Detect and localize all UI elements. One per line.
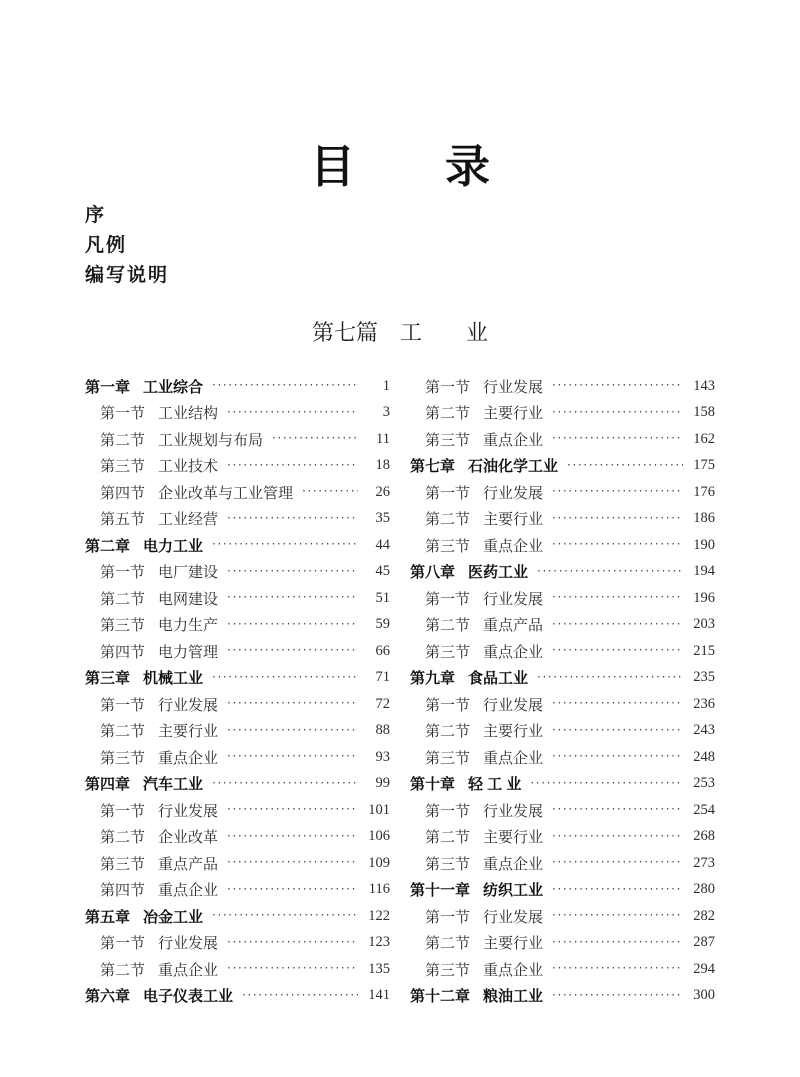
- toc-entry: 第三节 重点产品 ·······························…: [85, 850, 390, 877]
- toc-entry: 第二章 电力工业 ·······························…: [85, 532, 390, 559]
- toc-entry-title: 工业结构: [158, 402, 218, 423]
- toc-leader-dots: ········································…: [567, 458, 683, 472]
- toc-page-number: 122: [364, 908, 390, 925]
- toc-leader-dots: ········································…: [212, 378, 358, 392]
- toc-page-number: 1: [364, 378, 390, 395]
- toc-page-number: 123: [364, 934, 390, 951]
- toc-leader-dots: ········································…: [552, 511, 683, 525]
- toc-page-number: 45: [364, 563, 390, 580]
- toc-body: 第一章 工业综合 ·······························…: [85, 373, 715, 1009]
- toc-entry: 第二节 企业改革 ·······························…: [85, 824, 390, 851]
- toc-page-number: 59: [364, 616, 390, 633]
- toc-entry-number: 第一节: [100, 694, 145, 715]
- toc-entry-number: 第二节: [100, 429, 145, 450]
- toc-entry-title: 机械工业: [143, 667, 203, 688]
- toc-entry: 第十一章 纺织工业 ······························…: [410, 877, 715, 904]
- toc-leader-dots: ········································…: [552, 590, 683, 604]
- toc-entry: 第三节 重点企业 ·······························…: [410, 426, 715, 453]
- toc-entry-title: 工业规划与布局: [158, 429, 263, 450]
- toc-leader-dots: ········································…: [227, 961, 358, 975]
- toc-entry-title: 电力工业: [143, 535, 203, 556]
- toc-entry-title: 主要行业: [483, 826, 543, 847]
- toc-column-left: 第一章 工业综合 ·······························…: [85, 373, 390, 1009]
- toc-page-number: 254: [689, 802, 715, 819]
- toc-page: 目 录 序 凡例 编写说明 第七篇 工 业 第一章 工业综合 ·········…: [0, 0, 800, 1077]
- toc-entry-number: 第三节: [100, 614, 145, 635]
- toc-entry-number: 第一节: [425, 906, 470, 927]
- toc-leader-dots: ········································…: [552, 484, 683, 498]
- toc-page-number: 190: [689, 537, 715, 554]
- toc-entry-number: 第二节: [425, 826, 470, 847]
- toc-entry-title: 主要行业: [158, 720, 218, 741]
- toc-entry-title: 行业发展: [483, 482, 543, 503]
- toc-page-number: 196: [689, 590, 715, 607]
- toc-page-number: 71: [364, 669, 390, 686]
- toc-leader-dots: ········································…: [227, 882, 358, 896]
- toc-entry-number: 第一节: [425, 588, 470, 609]
- toc-entry-title: 行业发展: [483, 906, 543, 927]
- toc-entry: 第四节 电力管理 ·······························…: [85, 638, 390, 665]
- part-title: 第七篇 工 业: [0, 316, 800, 347]
- toc-entry-title: 冶金工业: [143, 906, 203, 927]
- toc-entry-title: 电网建设: [158, 588, 218, 609]
- toc-entry: 第二节 主要行业 ·······························…: [410, 506, 715, 533]
- toc-leader-dots: ········································…: [227, 643, 358, 657]
- toc-leader-dots: ········································…: [537, 670, 683, 684]
- toc-leader-dots: ········································…: [227, 696, 358, 710]
- toc-page-number: 194: [689, 563, 715, 580]
- toc-entry-title: 主要行业: [483, 508, 543, 529]
- toc-entry-title: 汽车工业: [143, 773, 203, 794]
- toc-page-number: 176: [689, 484, 715, 501]
- toc-entry-title: 电力管理: [158, 641, 218, 662]
- toc-leader-dots: ········································…: [227, 749, 358, 763]
- toc-leader-dots: ········································…: [227, 564, 358, 578]
- toc-entry: 第二节 重点产品 ·······························…: [410, 612, 715, 639]
- toc-entry: 第二节 工业规划与布局 ····························…: [85, 426, 390, 453]
- toc-page-number: 294: [689, 961, 715, 978]
- toc-leader-dots: ········································…: [302, 484, 358, 498]
- toc-entry-title: 行业发展: [158, 800, 218, 821]
- toc-page-number: 248: [689, 749, 715, 766]
- toc-leader-dots: ········································…: [272, 431, 358, 445]
- toc-entry-number: 第十章: [410, 773, 455, 794]
- toc-page-number: 162: [689, 431, 715, 448]
- toc-leader-dots: ········································…: [212, 670, 358, 684]
- toc-entry: 第四章 汽车工业 ·······························…: [85, 771, 390, 798]
- toc-entry-number: 第一节: [425, 800, 470, 821]
- toc-entry-title: 行业发展: [483, 376, 543, 397]
- toc-entry-number: 第九章: [410, 667, 455, 688]
- toc-leader-dots: ········································…: [530, 776, 683, 790]
- toc-leader-dots: ········································…: [227, 590, 358, 604]
- toc-entry: 第三节 重点企业 ·······························…: [410, 956, 715, 983]
- front-matter-list: 序 凡例 编写说明: [85, 201, 169, 291]
- toc-leader-dots: ········································…: [227, 935, 358, 949]
- toc-page-number: 116: [364, 881, 390, 898]
- toc-entry-number: 第三节: [425, 429, 470, 450]
- toc-leader-dots: ········································…: [552, 908, 683, 922]
- toc-entry-number: 第十一章: [410, 879, 470, 900]
- toc-leader-dots: ········································…: [227, 511, 358, 525]
- toc-entry: 第一节 电厂建设 ·······························…: [85, 559, 390, 586]
- toc-leader-dots: ········································…: [552, 802, 683, 816]
- toc-page-number: 143: [689, 378, 715, 395]
- toc-entry-number: 第二章: [85, 535, 130, 556]
- toc-entry-title: 行业发展: [158, 694, 218, 715]
- toc-page-number: 280: [689, 881, 715, 898]
- toc-page-number: 273: [689, 855, 715, 872]
- toc-leader-dots: ········································…: [212, 908, 358, 922]
- toc-page-number: 282: [689, 908, 715, 925]
- toc-leader-dots: ········································…: [227, 405, 358, 419]
- toc-entry: 第八章 医药工业 ·······························…: [410, 559, 715, 586]
- toc-entry: 第九章 食品工业 ·······························…: [410, 665, 715, 692]
- toc-entry-title: 食品工业: [468, 667, 528, 688]
- toc-entry-number: 第七章: [410, 455, 455, 476]
- toc-entry: 第一节 行业发展 ·······························…: [85, 691, 390, 718]
- toc-entry-title: 重点企业: [483, 429, 543, 450]
- page-title: 目 录: [0, 130, 800, 195]
- toc-entry-number: 第一节: [100, 561, 145, 582]
- toc-leader-dots: ········································…: [552, 696, 683, 710]
- toc-entry-title: 重点企业: [483, 641, 543, 662]
- toc-entry: 第一节 行业发展 ·······························…: [410, 691, 715, 718]
- toc-entry-number: 第一章: [85, 376, 130, 397]
- front-matter-item-compilation-notes: 编写说明: [85, 261, 169, 291]
- toc-entry-number: 第四节: [100, 641, 145, 662]
- toc-page-number: 101: [364, 802, 390, 819]
- toc-entry-title: 重点企业: [158, 879, 218, 900]
- toc-leader-dots: ········································…: [552, 855, 683, 869]
- toc-entry: 第一节 行业发展 ·······························…: [410, 373, 715, 400]
- toc-page-number: 93: [364, 749, 390, 766]
- toc-entry: 第三节 电力生产 ·······························…: [85, 612, 390, 639]
- toc-entry-number: 第二节: [425, 614, 470, 635]
- toc-entry: 第三节 重点企业 ·······························…: [410, 638, 715, 665]
- toc-entry-number: 第三节: [100, 853, 145, 874]
- toc-entry-number: 第三节: [425, 641, 470, 662]
- toc-entry-number: 第六章: [85, 985, 130, 1006]
- toc-entry-number: 第四节: [100, 879, 145, 900]
- toc-entry: 第三节 重点企业 ·······························…: [410, 744, 715, 771]
- toc-entry-number: 第三节: [100, 455, 145, 476]
- toc-page-number: 158: [689, 404, 715, 421]
- toc-leader-dots: ········································…: [212, 776, 358, 790]
- toc-page-number: 99: [364, 775, 390, 792]
- toc-entry-number: 第一节: [100, 402, 145, 423]
- toc-entry-number: 第二节: [100, 959, 145, 980]
- toc-page-number: 141: [364, 987, 390, 1004]
- toc-page-number: 44: [364, 537, 390, 554]
- toc-entry: 第四节 重点企业 ·······························…: [85, 877, 390, 904]
- toc-entry: 第二节 重点企业 ·······························…: [85, 956, 390, 983]
- toc-entry-title: 工业技术: [158, 455, 218, 476]
- toc-page-number: 51: [364, 590, 390, 607]
- toc-entry-number: 第三节: [425, 747, 470, 768]
- toc-entry-title: 重点企业: [158, 959, 218, 980]
- toc-leader-dots: ········································…: [552, 405, 683, 419]
- toc-page-number: 106: [364, 828, 390, 845]
- toc-entry: 第三章 机械工业 ·······························…: [85, 665, 390, 692]
- toc-entry: 第三节 重点企业 ·······························…: [85, 744, 390, 771]
- toc-entry-number: 第三节: [100, 747, 145, 768]
- toc-leader-dots: ········································…: [552, 431, 683, 445]
- toc-entry: 第十章 轻 工 业 ······························…: [410, 771, 715, 798]
- toc-entry-number: 第二节: [100, 826, 145, 847]
- toc-leader-dots: ········································…: [212, 537, 358, 551]
- toc-entry-title: 石油化学工业: [468, 455, 558, 476]
- toc-entry-number: 第八章: [410, 561, 455, 582]
- toc-entry-number: 第四节: [100, 482, 145, 503]
- toc-entry: 第四节 企业改革与工业管理 ··························…: [85, 479, 390, 506]
- toc-entry: 第一节 行业发展 ·······························…: [410, 585, 715, 612]
- toc-page-number: 35: [364, 510, 390, 527]
- toc-page-number: 109: [364, 855, 390, 872]
- toc-leader-dots: ········································…: [552, 643, 683, 657]
- toc-entry: 第十二章 粮油工业 ······························…: [410, 983, 715, 1010]
- toc-entry-title: 行业发展: [483, 694, 543, 715]
- toc-page-number: 11: [364, 431, 390, 448]
- toc-entry-title: 行业发展: [158, 932, 218, 953]
- toc-entry: 第二节 主要行业 ·······························…: [410, 718, 715, 745]
- toc-entry-title: 工业经营: [158, 508, 218, 529]
- toc-entry-number: 第三节: [425, 853, 470, 874]
- toc-entry: 第一节 行业发展 ·······························…: [410, 903, 715, 930]
- toc-page-number: 72: [364, 696, 390, 713]
- toc-entry-number: 第一节: [425, 482, 470, 503]
- front-matter-item-guide: 凡例: [85, 231, 169, 261]
- toc-page-number: 66: [364, 643, 390, 660]
- toc-entry-title: 主要行业: [483, 402, 543, 423]
- toc-entry-title: 主要行业: [483, 720, 543, 741]
- toc-entry-title: 轻 工 业: [468, 773, 521, 794]
- toc-entry-title: 企业改革与工业管理: [158, 482, 293, 503]
- toc-entry: 第二节 主要行业 ·······························…: [85, 718, 390, 745]
- toc-page-number: 287: [689, 934, 715, 951]
- toc-leader-dots: ········································…: [552, 723, 683, 737]
- toc-entry-title: 重点企业: [483, 535, 543, 556]
- toc-entry-title: 重点产品: [483, 614, 543, 635]
- toc-entry-title: 主要行业: [483, 932, 543, 953]
- toc-entry: 第六章 电子仪表工业 ·····························…: [85, 983, 390, 1010]
- toc-entry: 第一节 行业发展 ·······························…: [410, 797, 715, 824]
- toc-entry: 第三节 工业技术 ·······························…: [85, 453, 390, 480]
- toc-page-number: 235: [689, 669, 715, 686]
- toc-entry-title: 纺织工业: [483, 879, 543, 900]
- toc-column-right: 第一节 行业发展 ·······························…: [410, 373, 715, 1009]
- toc-leader-dots: ········································…: [227, 723, 358, 737]
- toc-page-number: 88: [364, 722, 390, 739]
- toc-leader-dots: ········································…: [227, 617, 358, 631]
- toc-page-number: 175: [689, 457, 715, 474]
- toc-entry-number: 第三章: [85, 667, 130, 688]
- toc-entry-title: 工业综合: [143, 376, 203, 397]
- toc-entry-title: 行业发展: [483, 588, 543, 609]
- toc-entry-number: 第二节: [425, 932, 470, 953]
- toc-leader-dots: ········································…: [552, 829, 683, 843]
- toc-page-number: 18: [364, 457, 390, 474]
- toc-entry-number: 第二节: [425, 508, 470, 529]
- toc-entry: 第五节 工业经营 ·······························…: [85, 506, 390, 533]
- toc-entry-number: 第一节: [425, 376, 470, 397]
- toc-leader-dots: ········································…: [552, 378, 683, 392]
- toc-entry: 第一章 工业综合 ·······························…: [85, 373, 390, 400]
- toc-entry-number: 第二节: [425, 720, 470, 741]
- toc-page-number: 203: [689, 616, 715, 633]
- toc-entry-number: 第四章: [85, 773, 130, 794]
- toc-leader-dots: ········································…: [227, 802, 358, 816]
- toc-entry-title: 电力生产: [158, 614, 218, 635]
- toc-page-number: 135: [364, 961, 390, 978]
- toc-entry-title: 医药工业: [468, 561, 528, 582]
- toc-entry: 第三节 重点企业 ·······························…: [410, 532, 715, 559]
- toc-page-number: 26: [364, 484, 390, 501]
- toc-leader-dots: ········································…: [537, 564, 683, 578]
- toc-page-number: 243: [689, 722, 715, 739]
- toc-entry-number: 第二节: [425, 402, 470, 423]
- toc-entry: 第二节 主要行业 ·······························…: [410, 824, 715, 851]
- toc-entry-title: 行业发展: [483, 800, 543, 821]
- toc-entry: 第五章 冶金工业 ·······························…: [85, 903, 390, 930]
- toc-entry-number: 第三节: [425, 535, 470, 556]
- toc-leader-dots: ········································…: [242, 988, 358, 1002]
- toc-leader-dots: ········································…: [552, 935, 683, 949]
- toc-leader-dots: ········································…: [552, 537, 683, 551]
- toc-entry-title: 企业改革: [158, 826, 218, 847]
- toc-entry-number: 第五节: [100, 508, 145, 529]
- toc-leader-dots: ········································…: [552, 617, 683, 631]
- toc-entry-title: 粮油工业: [483, 985, 543, 1006]
- toc-page-number: 236: [689, 696, 715, 713]
- toc-entry-number: 第十二章: [410, 985, 470, 1006]
- toc-entry-number: 第三节: [425, 959, 470, 980]
- toc-entry-title: 重点企业: [483, 747, 543, 768]
- toc-page-number: 253: [689, 775, 715, 792]
- toc-page-number: 3: [364, 404, 390, 421]
- toc-leader-dots: ········································…: [552, 961, 683, 975]
- toc-entry-title: 重点企业: [483, 959, 543, 980]
- toc-leader-dots: ········································…: [227, 855, 358, 869]
- toc-page-number: 186: [689, 510, 715, 527]
- toc-entry: 第二节 主要行业 ·······························…: [410, 400, 715, 427]
- toc-page-number: 300: [689, 987, 715, 1004]
- toc-page-number: 268: [689, 828, 715, 845]
- toc-entry-number: 第一节: [425, 694, 470, 715]
- toc-entry-title: 重点产品: [158, 853, 218, 874]
- toc-entry: 第七章 石油化学工业 ·····························…: [410, 453, 715, 480]
- toc-page-number: 215: [689, 643, 715, 660]
- toc-entry-title: 电厂建设: [158, 561, 218, 582]
- front-matter-item-preface: 序: [85, 201, 169, 231]
- toc-entry: 第二节 主要行业 ·······························…: [410, 930, 715, 957]
- toc-entry-number: 第二节: [100, 588, 145, 609]
- toc-entry: 第二节 电网建设 ·······························…: [85, 585, 390, 612]
- toc-entry-number: 第五章: [85, 906, 130, 927]
- toc-entry: 第三节 重点企业 ·······························…: [410, 850, 715, 877]
- toc-entry: 第一节 行业发展 ·······························…: [85, 797, 390, 824]
- toc-entry: 第一节 行业发展 ·······························…: [85, 930, 390, 957]
- toc-entry-number: 第一节: [100, 932, 145, 953]
- toc-leader-dots: ········································…: [552, 749, 683, 763]
- toc-entry-number: 第一节: [100, 800, 145, 821]
- toc-entry: 第一节 工业结构 ·······························…: [85, 400, 390, 427]
- toc-leader-dots: ········································…: [227, 458, 358, 472]
- toc-leader-dots: ········································…: [552, 882, 683, 896]
- toc-entry: 第一节 行业发展 ·······························…: [410, 479, 715, 506]
- toc-entry-title: 电子仪表工业: [143, 985, 233, 1006]
- toc-leader-dots: ········································…: [227, 829, 358, 843]
- toc-entry-title: 重点企业: [483, 853, 543, 874]
- toc-entry-number: 第二节: [100, 720, 145, 741]
- toc-entry-title: 重点企业: [158, 747, 218, 768]
- toc-leader-dots: ········································…: [552, 988, 683, 1002]
